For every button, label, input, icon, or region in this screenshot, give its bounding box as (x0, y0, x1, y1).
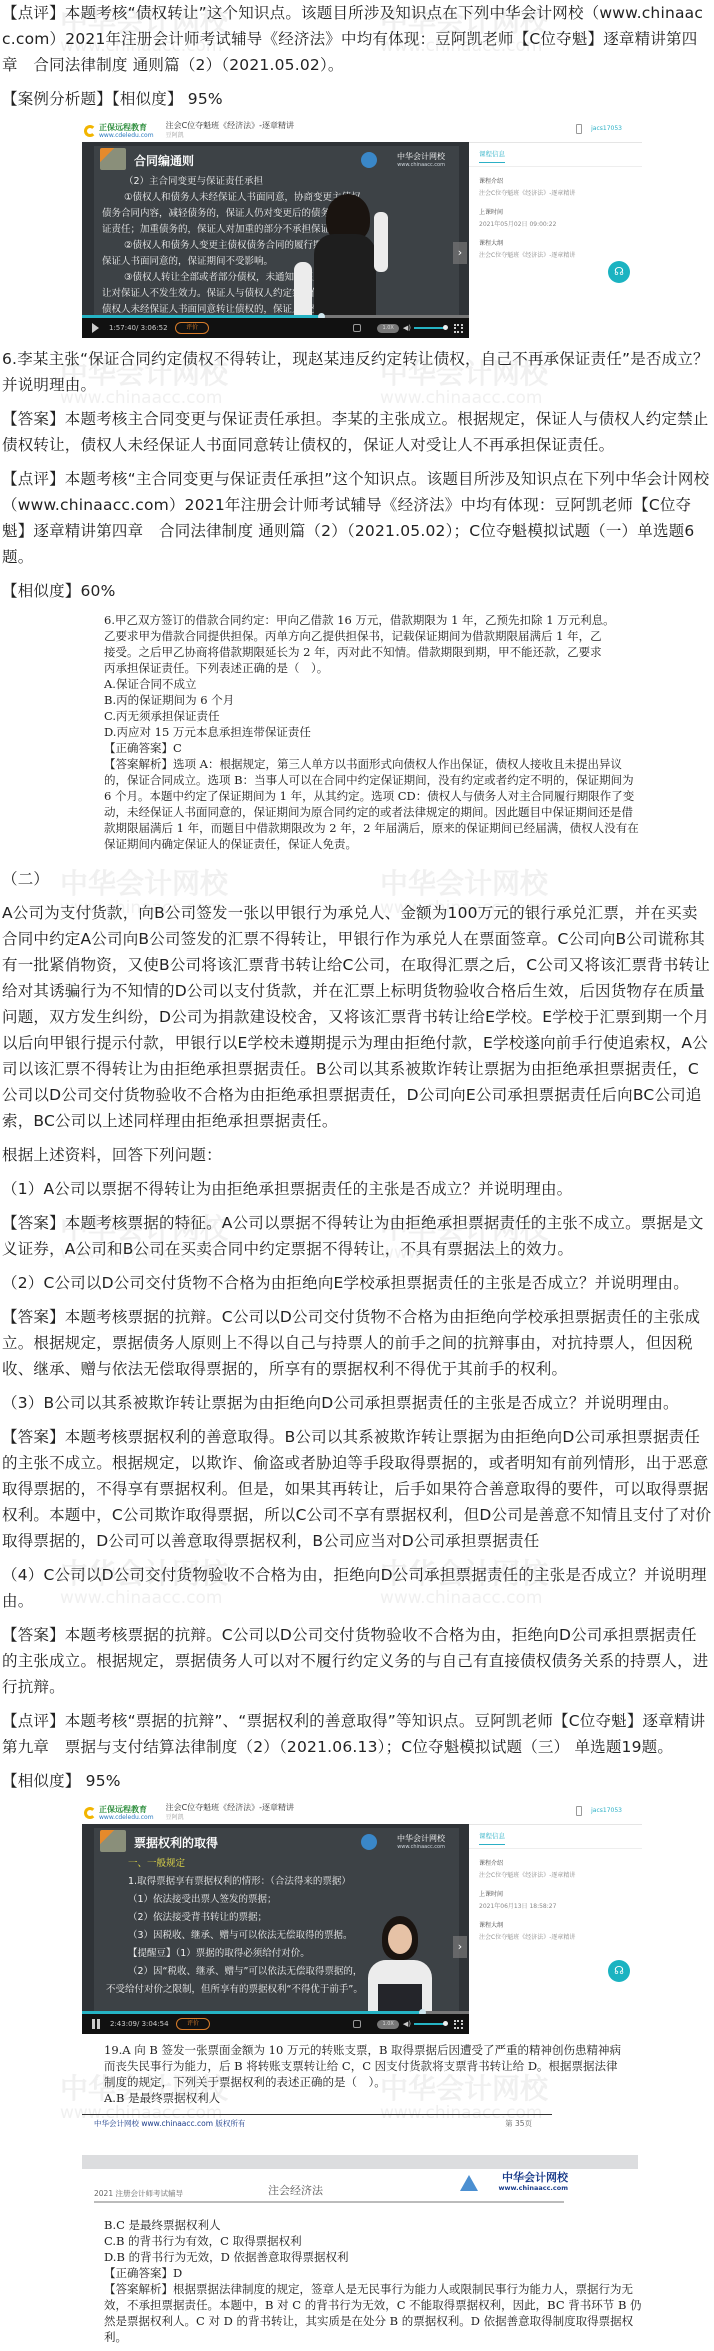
user-id[interactable]: jacs17053 (591, 1806, 622, 1816)
fullscreen-icon[interactable] (454, 2020, 463, 2029)
pause-icon[interactable] (92, 2019, 100, 2029)
info-value: 注会C位夺魁班《经济法》-逐章精讲 (479, 1933, 632, 1942)
course-info-panel: 课程信息 课程介绍 注会C位夺魁班《经济法》-逐章精讲 上课时间 2021年06… (469, 1824, 642, 2034)
slide-decoration-icon (100, 148, 126, 170)
slide-line: 债务合同内容，减轻债务的，保证人仍对变更后的债务承担保 (102, 208, 359, 220)
slide-title: 合同编通则 (134, 154, 194, 168)
teacher-figure (388, 1924, 412, 1954)
correct-answer: 【正确答案】D (104, 2265, 642, 2281)
question-stem-line: 6.甲乙双方签订的借款合同约定：甲向乙借款 16 万元，借款期限为 1 年，乙预… (104, 612, 642, 628)
school-name: 正保远程教育 (99, 123, 154, 132)
option: A.保证合同不成立 (104, 676, 642, 692)
option: D.B 的背书行为无效，D 依据善意取得票据权利 (104, 2249, 642, 2265)
footer-brand: 中华会计网校 www.chinaacc.com 版权所有 (94, 2117, 245, 2131)
slide-line: （3）因税收、继承、赠与可以依法无偿取得的票据。 (128, 1930, 353, 1942)
page-header: 2021 注册会计师考试辅导 注会经济法 中华会计网校www.chinaacc.… (82, 2169, 638, 2201)
sub-answer: 【答案】本题考核票据的特征。A公司以票据不得转让为由拒绝承担票据责任的主张不成立… (2, 1210, 712, 1262)
exam-question-clip: 19.A 向 B 签发一张票面金额为 10 万元的转账支票，B 取得票据后因遭受… (82, 2042, 642, 2106)
pip-icon[interactable] (353, 324, 361, 332)
rate-button[interactable]: 评价 (176, 2018, 210, 2030)
info-heading: 上课时间 (479, 1890, 632, 1899)
comment-paragraph: 【点评】本题考核“票据的抗辩”、“票据权利的善意取得”等知识点。豆阿凯老师【C位… (2, 1708, 712, 1760)
slide-line: （1）依法接受出票人签发的票据； (128, 1894, 277, 1906)
sub-answer: 【答案】本题考核票据的抗辩。C公司以D公司交付货物不合格为由拒绝向学校承担票据责… (2, 1304, 712, 1382)
teacher-figure (378, 1984, 422, 2014)
lecture-slide: 合同编通则 中华会计网校www.chinaacc.com （2）主合同变更与保证… (94, 146, 459, 322)
case-paragraph: A公司为支付货款，向B公司签发一张以甲银行为承兑人、金额为100万元的银行承兑汇… (2, 900, 712, 1134)
page-number: 第 35页 (505, 2117, 532, 2131)
next-slide-button[interactable]: › (453, 242, 467, 264)
brand-logo-icon (460, 2175, 478, 2191)
question-stem-line: 丙承担保证责任。下列表述正确的是（ ）。 (104, 660, 642, 676)
page-separator (82, 2155, 638, 2169)
option: B.C 是最终票据权利人 (104, 2217, 642, 2233)
teacher-name: 豆阿凯 (166, 131, 294, 141)
header-title: 注会经济法 (268, 2178, 323, 2204)
similarity-label: 【案例分析题】【相似度】 95% (2, 86, 712, 112)
video-area[interactable]: 小窗口播放 合同编通则 中华会计网校www.chinaacc.com （2）主合… (82, 142, 469, 338)
course-info-panel: 课程信息 课程介绍 注会C位夺魁班《经济法》-逐章精讲 上课时间 2021年05… (469, 142, 642, 338)
playback-time: 1:57:40/ 3:06:52 (109, 318, 169, 338)
volume-slider[interactable] (414, 2023, 446, 2025)
correct-answer: 【正确答案】C (104, 740, 642, 756)
header-left: 2021 注册会计师考试辅导 (94, 2181, 183, 2207)
tab-course-info[interactable]: 课程信息 (469, 1825, 642, 1849)
comment-paragraph: 【点评】本题考核“主合同变更与保证责任承担”这个知识点。该题目所涉及知识点在下列… (2, 466, 712, 570)
exam-question-clip: 6.甲乙双方签订的借款合同约定：甲向乙借款 16 万元，借款期限为 1 年，乙预… (82, 612, 642, 852)
similarity-label: 【相似度】60% (2, 578, 712, 604)
customer-service-icon[interactable]: ☊ (608, 261, 630, 283)
info-value: 注会C位夺魁班《经济法》-逐章精讲 (479, 189, 632, 198)
question-stem-line: 乙要求甲为借款合同提供担保。丙单方向乙提供担保书，记载保证期间为借款期限届满后 … (104, 628, 642, 644)
volume-icon[interactable]: ◀) (403, 318, 411, 338)
volume-icon[interactable]: ◀) (403, 2014, 411, 2034)
info-heading: 课程大纲 (479, 239, 632, 248)
question-stem-line: 而丧失民事行为能力，后 B 将转账支票转让给 C，C 因支付货款将支票背书转让给… (104, 2058, 642, 2074)
sub-answer: 【答案】本题考核票据权利的善意取得。B公司以其系被欺诈转让票据为由拒绝向D公司承… (2, 1424, 712, 1554)
phone-icon[interactable] (576, 1806, 582, 1816)
exam-question-clip: B.C 是最终票据权利人 C.B 的背书行为有效，C 取得票据权利 D.B 的背… (82, 2217, 642, 2345)
option: C.丙无须承担保证责任 (104, 708, 642, 724)
answer-paragraph: 【答案】本题考核主合同变更与保证责任承担。李某的主张成立。根据规定，保证人与债权… (2, 406, 712, 458)
slide-line: ①债权人和债务人未经保证人书面同意，协商变更主债权 (124, 192, 361, 204)
option: B.丙的保证期间为 6 个月 (104, 692, 642, 708)
answer-analysis: 【答案解析】选项 A：根据规定，第三人单方以书面形式向债权人作出保证，债权人接收… (104, 756, 642, 852)
player-controls: 1:57:40/ 3:06:52 评价 1.0X ◀) (82, 318, 469, 338)
slide-title: 票据权利的取得 (134, 1836, 218, 1850)
tab-course-info[interactable]: 课程信息 (469, 143, 642, 167)
sub-question: （3）B公司以其系被欺诈转让票据为由拒绝向D公司承担票据责任的主张是否成立？并说… (2, 1390, 712, 1416)
brand-badge: 中华会计网校www.chinaacc.com (397, 1834, 445, 1852)
sub-answer: 【答案】本题考核票据的抗辩。C公司以D公司交付货物验收不合格为由，拒绝向D公司承… (2, 1622, 712, 1700)
fullscreen-icon[interactable] (454, 324, 463, 333)
info-heading: 课程介绍 (479, 177, 632, 186)
school-logo-icon (84, 125, 96, 137)
slide-line: 1.取得票据享有票据权利的情形：（合法得来的票据） (128, 1876, 351, 1888)
question-stem-line: 接受。之后甲乙协商将借款期限延长为 2 年，丙对此不知情。借款期限到期，甲不能还… (104, 644, 642, 660)
info-heading: 课程介绍 (479, 1859, 632, 1868)
phone-icon[interactable] (576, 124, 582, 134)
option: A.B 是最终票据权利人 (104, 2090, 642, 2106)
info-value: 2021年05月02日 09:00:22 (479, 220, 632, 229)
video-player-screenshot: 正保远程教育 www.cdeledu.com 注会C位夺魁班《经济法》-逐章精讲… (82, 1802, 642, 2034)
slide-line: 证责任；加重债务的，保证人对加重的部分不承担保证责任。 (102, 224, 359, 236)
brand-badge: 中华会计网校www.chinaacc.com (397, 152, 445, 170)
speed-button[interactable]: 1.0X (377, 2020, 398, 2029)
user-id[interactable]: jacs17053 (591, 124, 622, 134)
info-heading: 上课时间 (479, 208, 632, 217)
volume-slider[interactable] (414, 327, 446, 329)
slide-line: （2）因“税收、继承、赠与”可以依法无偿取得票据的， (128, 1966, 362, 1978)
teacher-figure (314, 234, 376, 324)
question-stem-line: 制度的规定，下列关于票据权利的表述正确的是（ ）。 (104, 2074, 642, 2090)
slide-decoration-icon (100, 1830, 126, 1852)
slide-line: （2）主合同变更与保证责任承担 (124, 176, 263, 188)
player-header: 正保远程教育 www.cdeledu.com 注会C位夺魁班《经济法》-逐章精讲… (82, 120, 642, 142)
playback-time: 2:43:09/ 3:04:54 (110, 2014, 170, 2034)
slide-line: 【提醒豆】（1）票据的取得必须给付对价。 (128, 1948, 310, 1960)
brand-logo-icon (361, 152, 377, 168)
school-logo-icon (84, 1807, 96, 1819)
option: D.丙应对 15 万元本息承担连带保证责任 (104, 724, 642, 740)
brand-logo-icon (361, 1834, 377, 1850)
info-value: 注会C位夺魁班《经济法》-逐章精讲 (479, 1871, 632, 1880)
school-url: www.cdeledu.com (99, 1814, 154, 1821)
similarity-label: 【相似度】 95% (2, 1768, 712, 1794)
rate-button[interactable]: 评价 (175, 322, 209, 334)
header-brand: 中华会计网校www.chinaacc.com (499, 2171, 568, 2192)
prompt-paragraph: 根据上述资料，回答下列问题： (2, 1142, 712, 1168)
course-title: 注会C位夺魁班《经济法》-逐章精讲 (166, 1803, 294, 1813)
article: 【点评】本题考核“债权转让”这个知识点。该题目所涉及知识点在下列中华会计网校（w… (0, 0, 714, 2345)
info-value: 2021年06月13日 18:58:27 (479, 1902, 632, 1911)
info-heading: 课程大纲 (479, 1921, 632, 1930)
speed-button[interactable]: 1.0X (377, 324, 398, 333)
teacher-name: 豆阿凯 (166, 1813, 294, 1823)
sub-question: （4）C公司以D公司交付货物验收不合格为由，拒绝向D公司承担票据责任的主张是否成… (2, 1562, 712, 1614)
question-paragraph: 6.李某主张“保证合同约定债权不得转让，现赵某违反约定转让债权，自己不再承保证责… (2, 346, 712, 398)
course-title: 注会C位夺魁班《经济法》-逐章精讲 (166, 121, 294, 131)
play-icon[interactable] (92, 323, 99, 333)
teacher-figure (374, 212, 388, 272)
slide-line: 保证人书面同意的，保证期间不受影响。 (102, 256, 273, 268)
next-slide-button[interactable]: › (453, 1936, 467, 1958)
player-header: 正保远程教育 www.cdeledu.com 注会C位夺魁班《经济法》-逐章精讲… (82, 1802, 642, 1824)
option: C.B 的背书行为有效，C 取得票据权利 (104, 2233, 642, 2249)
comment-paragraph: 【点评】本题考核“债权转让”这个知识点。该题目所涉及知识点在下列中华会计网校（w… (2, 0, 712, 78)
slide-line: 不受给付对价之限制，但所享有的票据权利“不得优于前手”。 (106, 1984, 363, 1996)
slide-line: 一、一般规定 (128, 1858, 185, 1870)
pip-icon[interactable] (353, 2020, 361, 2028)
section-heading: （二） (2, 866, 712, 892)
slide-line: （2）依法接受背书转让的票据； (128, 1912, 267, 1924)
answer-analysis: 【答案解析】根据票据法律制度的规定，签章人是无民事行为能力人或限制民事行为能力人… (104, 2281, 642, 2345)
player-controls: 2:43:09/ 3:04:54 评价 1.0X ◀) (82, 2014, 469, 2034)
info-value: 注会C位夺魁班《经济法》-逐章精讲 (479, 251, 632, 260)
page-footer: 中华会计网校 www.chinaacc.com 版权所有 第 35页 (82, 2114, 552, 2131)
video-area[interactable]: 小窗口播放 票据权利的取得 中华会计网校www.chinaacc.com 一、一… (82, 1824, 469, 2034)
video-player-screenshot: 正保远程教育 www.cdeledu.com 注会C位夺魁班《经济法》-逐章精讲… (82, 120, 642, 338)
school-name: 正保远程教育 (99, 1805, 154, 1814)
sub-question: （1）A公司以票据不得转让为由拒绝承担票据责任的主张是否成立？并说明理由。 (2, 1176, 712, 1202)
customer-service-icon[interactable]: ☊ (608, 1960, 630, 1982)
school-url: www.cdeledu.com (99, 132, 154, 139)
sub-question: （2）C公司以D公司交付货物不合格为由拒绝向E学校承担票据责任的主张是否成立？并… (2, 1270, 712, 1296)
question-stem-line: 19.A 向 B 签发一张票面金额为 10 万元的转账支票，B 取得票据后因遭受… (104, 2042, 642, 2058)
